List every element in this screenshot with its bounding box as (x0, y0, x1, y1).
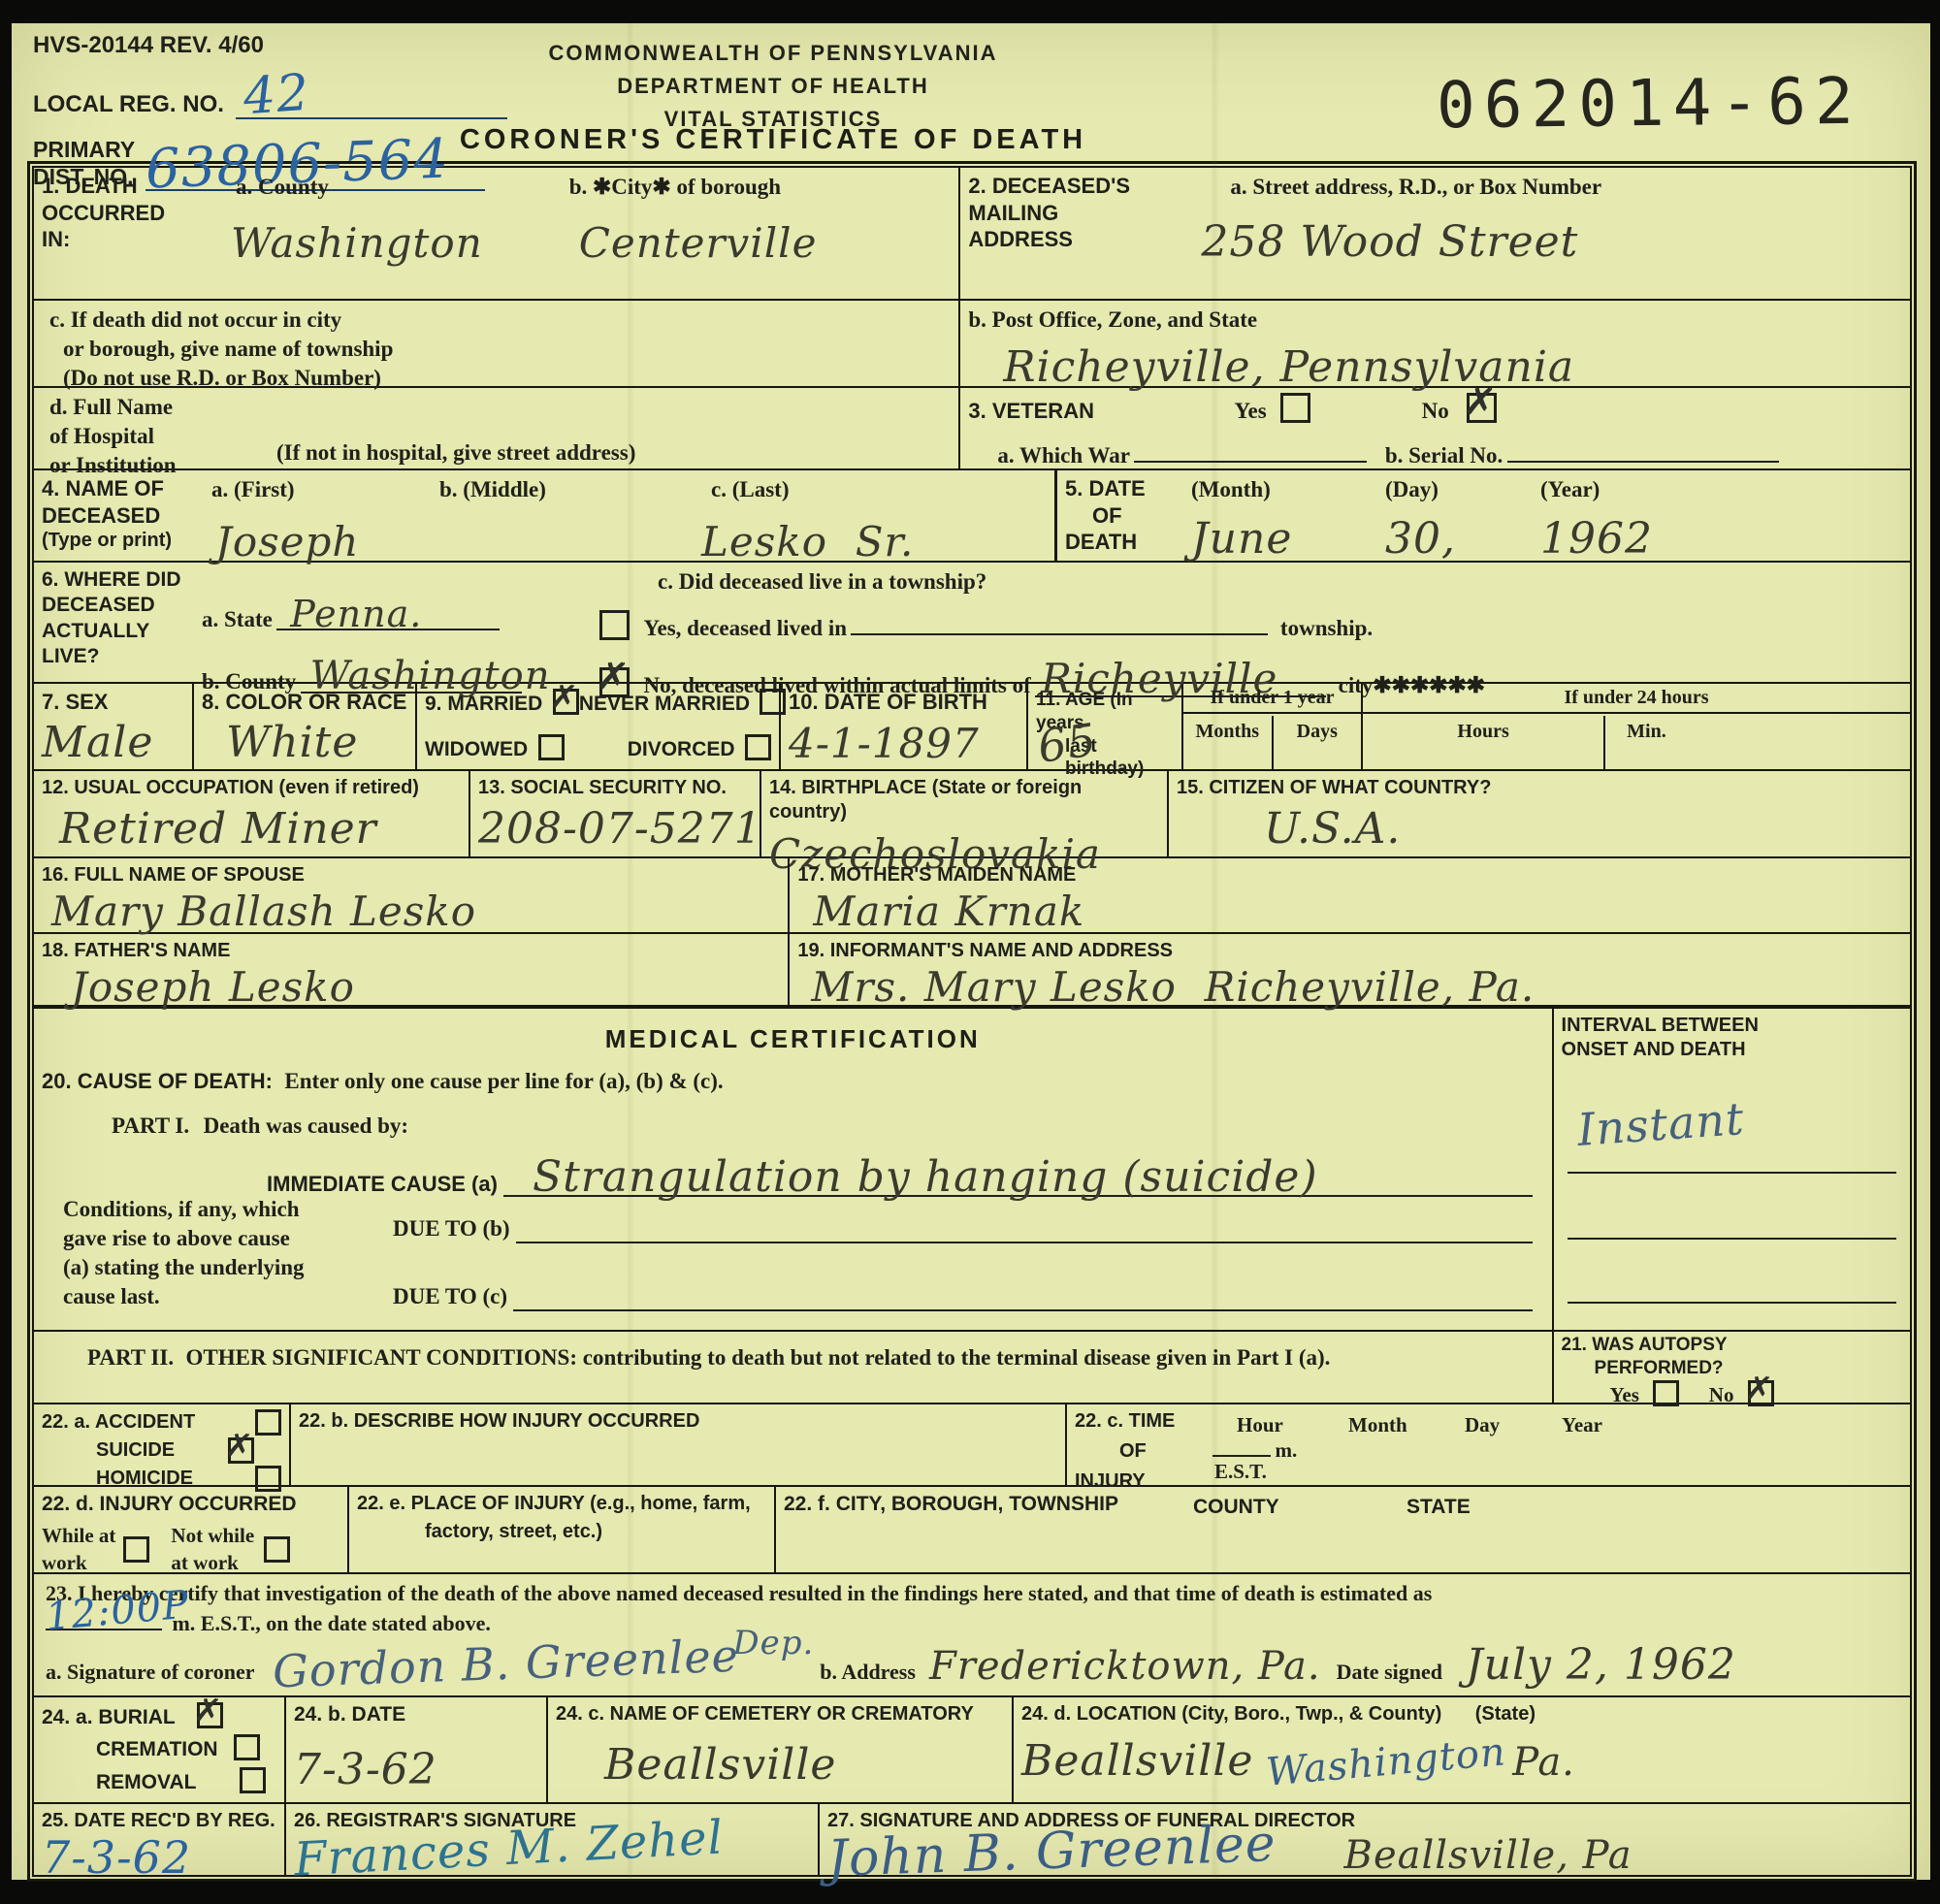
box8-color-or-race: 8. COLOR OR RACE White (194, 684, 417, 769)
box20-cause-of-death: MEDICAL CERTIFICATION 20. CAUSE OF DEATH… (34, 1009, 1554, 1330)
box2-mailing-address: 2. DECEASED'S MAILING ADDRESS a. Street … (960, 168, 1910, 299)
box24d-value: Beallsville (1021, 1736, 1253, 1786)
row-hospital-veteran: d. Full Name of Hospital or Institution … (34, 388, 1910, 470)
box4-first-label: a. (First) (211, 475, 439, 504)
box17-value: Maria Krnak (813, 887, 1902, 935)
box4-first-value: Joseph (215, 518, 439, 565)
box5-date-of-death: 5. DATE OF DEATH (Month) June (Day) 30, … (1056, 470, 1910, 561)
box25-date-received: 25. DATE REC'D BY REG. 7-3-62 (34, 1804, 286, 1875)
box21-label: 21. WAS AUTOPSY (1562, 1334, 1902, 1357)
time-suffix: m. E.S.T., on the date stated above. (172, 1611, 490, 1635)
box4-label: 4. NAME OF (42, 475, 211, 502)
box24d-county-overwrite: Washington (1264, 1729, 1507, 1794)
box22f-state-label: STATE (1406, 1495, 1471, 1520)
box15-citizen: 15. CITIZEN OF WHAT COUNTRY? U.S.A. (1169, 771, 1910, 856)
box9-never-label: NEVER MARRIED (579, 693, 750, 715)
suicide-label: SUICIDE (96, 1438, 175, 1463)
box24b-value: 7-3-62 (294, 1745, 538, 1794)
certificate-paper: HVS-20144 REV. 4/60 LOCAL REG. NO. 42 PR… (12, 23, 1930, 1880)
row-burial: 24. a. BURIAL ✗ CREMATION REMOVAL 24. b.… (34, 1697, 1910, 1804)
box6-label: 6. WHERE DID (42, 567, 202, 593)
box20-label: 20. CAUSE OF DEATH: (42, 1069, 273, 1093)
box5-month-value: June (1191, 514, 1385, 564)
box1-county-label: a. County (236, 173, 569, 202)
burial-label: 24. a. BURIAL (42, 1706, 176, 1728)
box1-city-label: b. ✱City✱ of borough (569, 173, 952, 202)
box1d-hospital-note: (If not in hospital, give street address… (276, 438, 635, 468)
box21-no-label: No (1709, 1383, 1734, 1406)
box23-certification: 23. I hereby certify that investigation … (34, 1574, 1910, 1695)
row-22abc: 22. a. ACCIDENT SUICIDE ✗ HOMICIDE 22. b… (34, 1404, 1910, 1487)
month-label: Month (1348, 1412, 1407, 1438)
veteran-yes-checkbox (1280, 393, 1310, 423)
box7-label: 7. SEX (42, 689, 184, 716)
day-label: Day (1465, 1412, 1500, 1438)
box2-post-label: b. Post Office, Zone, and State (968, 306, 1902, 335)
part2-label: PART II. (87, 1345, 174, 1370)
due-to-b-rule (516, 1242, 1533, 1243)
box16-spouse: 16. FULL NAME OF SPOUSE Mary Ballash Les… (34, 858, 790, 932)
box20-note: Enter only one cause per line for (a), (… (284, 1069, 723, 1093)
coroner-signature: Gordon B. Greenlee (272, 1630, 739, 1698)
box14-birthplace: 14. BIRTHPLACE (State or foreign country… (761, 771, 1169, 856)
box1-label: 1. DEATH (42, 173, 187, 200)
interval-onset-death: INTERVAL BETWEEN ONSET AND DEATH Instant (1554, 1009, 1910, 1330)
box1d-hospital: d. Full Name of Hospital or Institution … (34, 388, 960, 468)
part2-note: OTHER SIGNIFICANT CONDITIONS: contributi… (186, 1345, 1331, 1370)
cremation-checkbox (234, 1734, 260, 1760)
veteran-no-checkbox: ✗ (1467, 393, 1497, 423)
coroner-address-value: Fredericktown, Pa. (929, 1644, 1321, 1689)
box7-value: Male (42, 718, 184, 767)
box18-value: Joseph Lesko (71, 963, 780, 1011)
box10-label: 10. DATE OF BIRTH (789, 689, 1018, 716)
m-label: m. (1275, 1438, 1297, 1462)
box25-value: 7-3-62 (42, 1831, 276, 1884)
box15-label: 15. CITIZEN OF WHAT COUNTRY? (1177, 776, 1902, 800)
box1c-township-note: c. If death did not occur in city or bor… (34, 301, 960, 386)
form-frame-inner: 1. DEATH OCCURRED IN: a. County Washingt… (32, 166, 1912, 1877)
box10-value: 4-1-1897 (789, 720, 1018, 767)
box11-under-1-year: If under 1 year Months Days (1183, 684, 1363, 769)
box4-last-value: Lesko Sr. (701, 518, 1047, 565)
box2-street-label: a. Street address, R.D., or Box Number (1230, 173, 1902, 202)
box5-year-value: 1962 (1540, 514, 1902, 564)
row-spouse-mother: 16. FULL NAME OF SPOUSE Mary Ballash Les… (34, 858, 1910, 934)
township-name-rule (851, 633, 1268, 635)
certify-text: 23. I hereby certify that investigation … (46, 1580, 1898, 1608)
box11-under-24-hours: If under 24 hours Hours Min. (1363, 684, 1910, 769)
coroner-signature-dep: Dep. (732, 1624, 814, 1662)
row-22def: 22. d. INJURY OCCURRED While at work Not… (34, 1487, 1910, 1574)
lived-township-yes-checkbox (599, 610, 630, 640)
box26-registrar-signature: 26. REGISTRAR'S SIGNATURE Frances M. Zeh… (286, 1804, 820, 1875)
box4-name-of-deceased: 4. NAME OF DECEASED (Type or print) a. (… (34, 470, 1056, 561)
box13-ssn: 13. SOCIAL SECURITY NO. 208-07-5271 (470, 771, 761, 856)
box14-label: 14. BIRTHPLACE (State or foreign country… (769, 776, 1159, 824)
under24-header: If under 24 hours (1363, 684, 1910, 714)
row-part2-autopsy: PART II. OTHER SIGNIFICANT CONDITIONS: c… (34, 1332, 1910, 1404)
box22a-manner: 22. a. ACCIDENT SUICIDE ✗ HOMICIDE (34, 1404, 291, 1485)
box19-label: 19. INFORMANT'S NAME AND ADDRESS (797, 939, 1902, 963)
box24a-disposition: 24. a. BURIAL ✗ CREMATION REMOVAL (34, 1697, 286, 1802)
header: HVS-20144 REV. 4/60 LOCAL REG. NO. 42 PR… (12, 23, 1930, 161)
box7-sex: 7. SEX Male (34, 684, 194, 769)
box5-day-value: 30, (1385, 514, 1540, 564)
box17-label: 17. MOTHER'S MAIDEN NAME (797, 863, 1902, 887)
removal-checkbox (240, 1767, 266, 1793)
box6-yes-text: Yes, deceased lived in (643, 616, 847, 640)
box9-marital-status: 9. MARRIED ✗ NEVER MARRIED WIDOWED DIVOR… (417, 684, 781, 769)
part1-note: Death was caused by: (204, 1113, 408, 1138)
box13-value: 208-07-5271 (478, 804, 752, 854)
box22e-label: 22. e. PLACE OF INJURY (e.g., home, farm… (357, 1492, 766, 1516)
box16-value: Mary Ballash Lesko (51, 887, 780, 935)
box24b-date: 24. b. DATE 7-3-62 (286, 1697, 548, 1802)
box24c-label: 24. c. NAME OF CEMETERY OR CREMATORY (556, 1702, 1004, 1727)
accident-checkbox (255, 1409, 281, 1436)
box8-value: White (226, 718, 407, 767)
box1-county-value: Washington (231, 219, 569, 267)
immediate-cause-label: IMMEDIATE CAUSE (a) (267, 1171, 498, 1198)
certificate-title: CORONER'S CERTIFICATE OF DEATH (12, 124, 1535, 156)
box10-date-of-birth: 10. DATE OF BIRTH 4-1-1897 (781, 684, 1028, 769)
box6-residence: 6. WHERE DID DECEASED ACTUALLY LIVE? a. … (34, 563, 1910, 682)
months-column: Months (1183, 716, 1274, 769)
box16-label: 16. FULL NAME OF SPOUSE (42, 863, 780, 887)
row-death-occurred: 1. DEATH OCCURRED IN: a. County Washingt… (34, 168, 1910, 301)
scanned-death-certificate: { "colors": { "paper": "#e6e9b0", "print… (0, 0, 1940, 1904)
medical-certification-title: MEDICAL CERTIFICATION (34, 1024, 1552, 1054)
box24d-state-value: Pa. (1512, 1740, 1575, 1785)
form-frame: 1. DEATH OCCURRED IN: a. County Washingt… (27, 161, 1917, 1882)
box24c-cemetery: 24. c. NAME OF CEMETERY OR CREMATORY Bea… (548, 1697, 1014, 1802)
conditions-note: Conditions, if any, which (63, 1195, 305, 1224)
box2b-post-office: b. Post Office, Zone, and State Richeyvi… (960, 301, 1910, 386)
box22d-label: 22. d. INJURY OCCURRED (42, 1492, 339, 1517)
box3-no-label: No (1422, 399, 1449, 423)
box12-occupation: 12. USUAL OCCUPATION (even if retired) R… (34, 771, 470, 856)
box24c-value: Beallsville (604, 1740, 1004, 1790)
box6-yes-suffix: township. (1280, 616, 1373, 640)
due-to-c-rule (513, 1309, 1533, 1311)
box3-yes-label: Yes (1234, 399, 1266, 423)
which-war-rule (1134, 461, 1367, 463)
row-medical-certification: MEDICAL CERTIFICATION 20. CAUSE OF DEATH… (34, 1009, 1910, 1332)
row-township-postoffice: c. If death did not occur in city or bor… (34, 301, 1910, 388)
autopsy-yes-checkbox (1653, 1380, 1679, 1406)
box11-age: 11. AGE (In years last birthday) 65 (1028, 684, 1183, 769)
box22f-county-label: COUNTY (1193, 1495, 1279, 1520)
box3-serial-label: b. Serial No. (1385, 443, 1503, 468)
not-while-at-work-checkbox (264, 1536, 290, 1563)
box22c-time-of-injury: 22. c. TIME OF INJURY Hour Month Day Yea… (1067, 1404, 1910, 1485)
box24d-location: 24. d. LOCATION (City, Boro., Twp., & Co… (1014, 1697, 1910, 1802)
box1-death-occurred: 1. DEATH OCCURRED IN: a. County Washingt… (34, 168, 960, 299)
box3-label: 3. VETERAN (968, 399, 1094, 423)
date-signed-value: July 2, 1962 (1466, 1640, 1736, 1690)
coroner-address-label: b. Address (820, 1659, 916, 1687)
year-label: Year (1562, 1412, 1602, 1438)
box12-value: Retired Miner (59, 804, 461, 854)
box19-value: Mrs. Mary Lesko Richeyville, Pa. (811, 963, 1902, 1011)
row-registrar: 25. DATE REC'D BY REG. 7-3-62 26. REGIST… (34, 1804, 1910, 1875)
box5-label: 5. DATE (1065, 475, 1191, 502)
box19-informant: 19. INFORMANT'S NAME AND ADDRESS Mrs. Ma… (790, 934, 1910, 1005)
box11-value: 65 (1035, 713, 1100, 773)
min-column: Min. (1605, 716, 1910, 769)
box12-label: 12. USUAL OCCUPATION (even if retired) (42, 776, 461, 800)
burial-checkbox: ✗ (197, 1702, 223, 1728)
row-residence: 6. WHERE DID DECEASED ACTUALLY LIVE? a. … (34, 563, 1910, 684)
box5-day-label: (Day) (1385, 475, 1540, 504)
row-father-informant: 18. FATHER'S NAME Joseph Lesko 19. INFOR… (34, 934, 1910, 1009)
autopsy-no-checkbox: ✗ (1748, 1380, 1774, 1406)
file-number-stamp: 062014-62 (1437, 64, 1862, 144)
box13-label: 13. SOCIAL SECURITY NO. (478, 776, 752, 800)
time-rule (1212, 1455, 1271, 1457)
part1-label: PART I. (112, 1113, 189, 1138)
interval-rule-c (1568, 1302, 1896, 1304)
cremation-label: CREMATION (96, 1738, 218, 1760)
box22b-describe-injury: 22. b. DESCRIBE HOW INJURY OCCURRED (291, 1404, 1067, 1485)
due-to-c-label: DUE TO (c) (393, 1282, 507, 1311)
box24b-label: 24. b. DATE (294, 1702, 538, 1727)
box24d-state-label: (State) (1475, 1703, 1536, 1725)
row-name-dateofdeath: 4. NAME OF DECEASED (Type or print) a. (… (34, 470, 1910, 563)
box22f-city-county-state: 22. f. CITY, BOROUGH, TOWNSHIP COUNTY ST… (776, 1487, 1910, 1572)
box2-post-value: Richeyville, Pennsylvania (1003, 342, 1902, 392)
box22b-label: 22. b. DESCRIBE HOW INJURY OCCURRED (299, 1409, 1057, 1434)
box5-month-label: (Month) (1191, 475, 1385, 504)
box6-state-label: a. State (202, 607, 273, 631)
box24d-label: 24. d. LOCATION (City, Boro., Twp., & Co… (1021, 1703, 1441, 1725)
box17-mother-maiden-name: 17. MOTHER'S MAIDEN NAME Maria Krnak (790, 858, 1910, 932)
box3-veteran: 3. VETERAN Yes No ✗ a. Which War b. Seri… (960, 388, 1910, 468)
box3-which-war-label: a. Which War (997, 443, 1130, 468)
box21-autopsy: 21. WAS AUTOPSY PERFORMED? Yes No ✗ (1554, 1332, 1910, 1403)
box15-value: U.S.A. (1264, 804, 1902, 854)
widowed-checkbox (538, 734, 565, 760)
est-label: E.S.T. (1214, 1459, 1267, 1485)
box4-middle-label: b. (Middle) (439, 475, 682, 504)
box25-label: 25. DATE REC'D BY REG. (42, 1809, 276, 1833)
accident-label: 22. a. ACCIDENT (42, 1410, 195, 1435)
funeral-director-address: Beallsville, Pa (1344, 1833, 1633, 1878)
immediate-cause-value: Strangulation by hanging (suicide) (533, 1152, 1318, 1202)
box8-label: 8. COLOR OR RACE (202, 689, 407, 716)
removal-label: REMOVAL (96, 1771, 196, 1793)
while-at-work-checkbox (123, 1536, 149, 1563)
box2-label: 2. DECEASED'S (968, 173, 1172, 200)
row-occupation-ssn-birthplace-citizen: 12. USUAL OCCUPATION (even if retired) R… (34, 771, 1910, 858)
box4-last-label: c. (Last) (711, 475, 1047, 504)
signature-coroner-label: a. Signature of coroner (46, 1659, 255, 1687)
box9-married-label: 9. MARRIED (425, 693, 542, 715)
interval-label: INTERVAL BETWEEN (1562, 1014, 1902, 1038)
divorced-checkbox (745, 734, 771, 760)
box6-township-question: c. Did deceased live in a township? (658, 567, 1902, 597)
row-sex-race-marital-dob-age: 7. SEX Male 8. COLOR OR RACE White 9. MA… (34, 684, 1910, 771)
suicide-checkbox: ✗ (228, 1437, 254, 1464)
box21-yes-label: Yes (1610, 1383, 1639, 1406)
hours-column: Hours (1363, 716, 1605, 769)
hour-label: Hour (1237, 1412, 1283, 1438)
box22f-label: 22. f. CITY, BOROUGH, TOWNSHIP (784, 1493, 1118, 1515)
box22e-place-of-injury: 22. e. PLACE OF INJURY (e.g., home, farm… (349, 1487, 776, 1572)
box18-label: 18. FATHER'S NAME (42, 939, 780, 963)
days-column: Days (1274, 716, 1362, 769)
box27-funeral-director: 27. SIGNATURE AND ADDRESS OF FUNERAL DIR… (820, 1804, 1910, 1875)
row-certification: 23. I hereby certify that investigation … (34, 1574, 1910, 1697)
interval-value: Instant (1575, 1092, 1746, 1156)
under1-header: If under 1 year (1183, 684, 1361, 714)
interval-rule-b (1568, 1238, 1896, 1240)
box1-city-value: Centerville (579, 219, 952, 267)
box5-year-label: (Year) (1540, 475, 1902, 504)
department-line: DEPARTMENT OF HEALTH (12, 74, 1535, 99)
box2-street-value: 258 Wood Street (1201, 217, 1902, 267)
box9-divorced-label: DIVORCED (628, 738, 735, 760)
box6-state-value: Penna. (290, 593, 422, 635)
date-signed-label: Date signed (1337, 1659, 1442, 1687)
part2-conditions: PART II. OTHER SIGNIFICANT CONDITIONS: c… (34, 1332, 1554, 1403)
box18-father: 18. FATHER'S NAME Joseph Lesko (34, 934, 790, 1005)
commonwealth-line: COMMONWEALTH OF PENNSYLVANIA (12, 41, 1535, 66)
due-to-b-label: DUE TO (b) (393, 1214, 510, 1243)
married-checkbox: ✗ (553, 689, 579, 715)
serial-no-rule (1507, 461, 1779, 463)
interval-rule-a (1568, 1172, 1896, 1174)
box9-widowed-label: WIDOWED (425, 738, 528, 760)
box22d-injury-occurred: 22. d. INJURY OCCURRED While at work Not… (34, 1487, 349, 1572)
